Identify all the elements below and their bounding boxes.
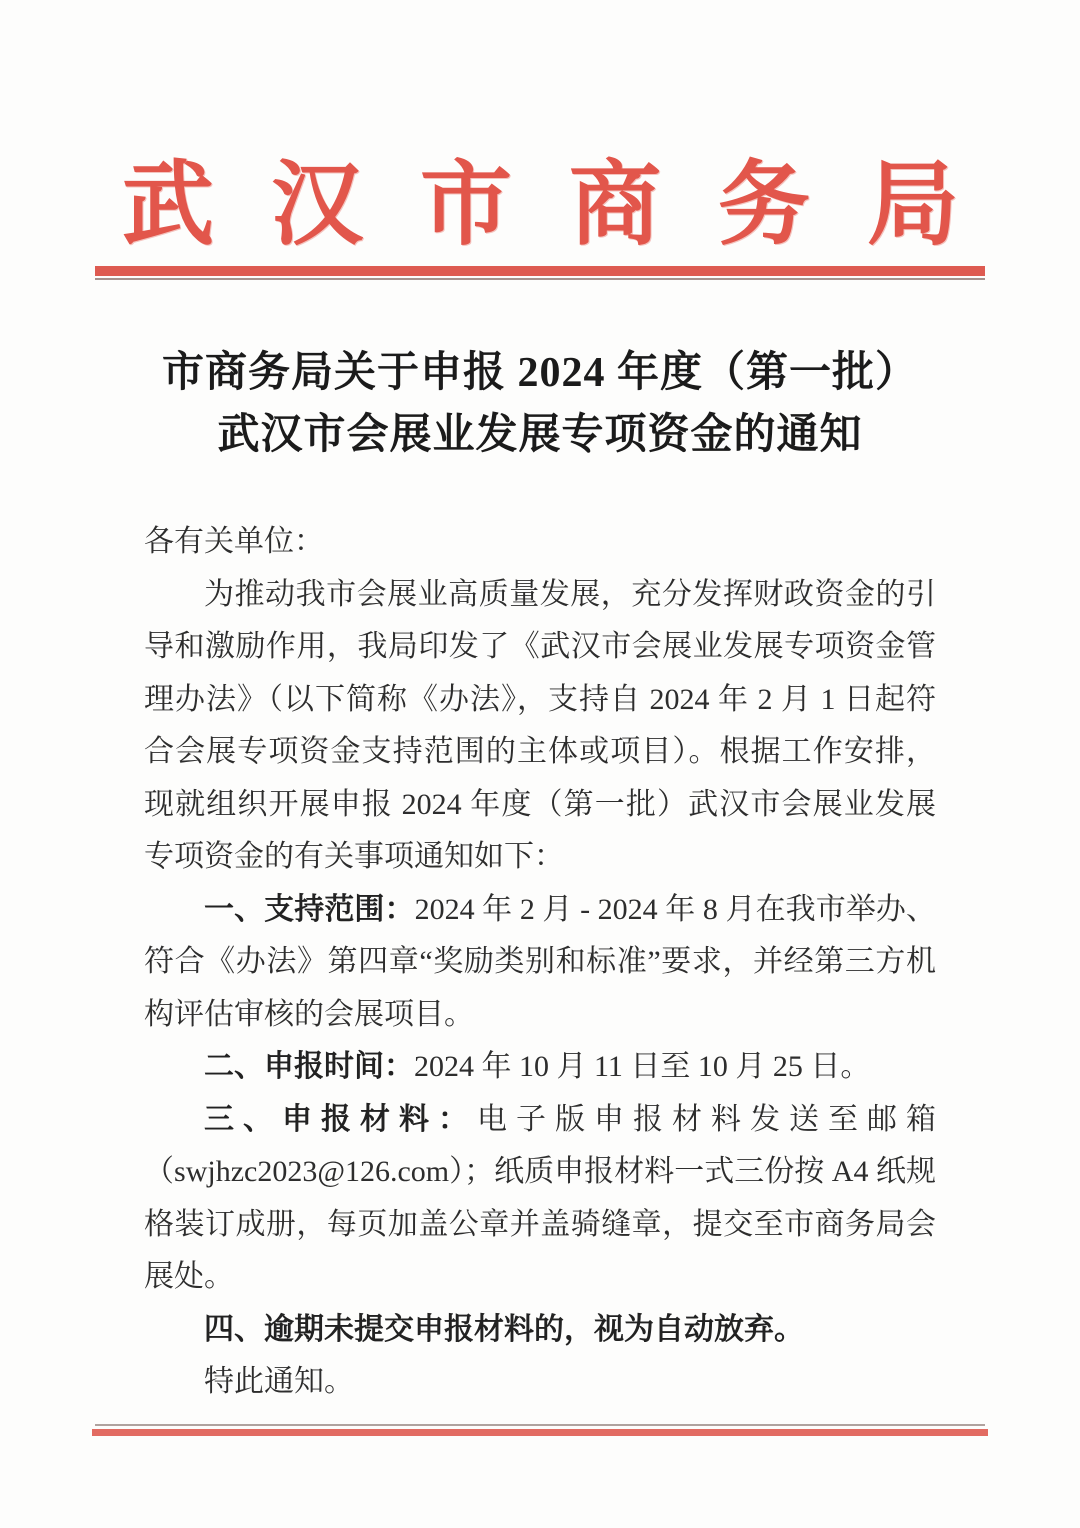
intro-paragraph: 为推动我市会展业高质量发展，充分发挥财政资金的引导和激励作用，我局印发了《武汉市… bbox=[144, 569, 936, 884]
notice-title: 市商务局关于申报 2024 年度（第一批） 武汉市会展业发展专项资金的通知 bbox=[0, 342, 1080, 466]
item-2-text: 2024 年 10 月 11 日至 10 月 25 日。 bbox=[414, 1050, 870, 1083]
item-2-label: 二、申报时间： bbox=[204, 1050, 414, 1083]
item-2-application-period: 二、申报时间：2024 年 10 月 11 日至 10 月 25 日。 bbox=[144, 1041, 936, 1094]
item-3-application-materials: 三、申报材料：电子版申报材料发送至邮箱（swjhzc2023@126.com）；… bbox=[144, 1094, 936, 1304]
footer-rule-thick bbox=[92, 1429, 988, 1436]
letterhead-rule-thick bbox=[95, 266, 985, 276]
footer-rule-thin bbox=[95, 1424, 985, 1426]
intro-text: 为推动我市会展业高质量发展，充分发挥财政资金的引导和激励作用，我局印发了《武汉市… bbox=[144, 578, 936, 874]
item-3-label: 三、申报材料： bbox=[204, 1103, 477, 1136]
document-page: 武汉市商务局 市商务局关于申报 2024 年度（第一批） 武汉市会展业发展专项资… bbox=[0, 0, 1080, 1528]
letterhead: 武汉市商务局 bbox=[0, 152, 1080, 280]
closing-line: 特此通知。 bbox=[144, 1356, 936, 1409]
letterhead-rule-thin bbox=[95, 278, 985, 280]
item-4-label: 四、逾期未提交申报材料的，视为自动放弃。 bbox=[204, 1313, 804, 1346]
item-4-deadline-warning: 四、逾期未提交申报材料的，视为自动放弃。 bbox=[144, 1304, 936, 1357]
salutation: 各有关单位： bbox=[144, 516, 936, 569]
item-1-label: 一、支持范围： bbox=[204, 893, 415, 926]
notice-title-line-2: 武汉市会展业发展专项资金的通知 bbox=[0, 404, 1080, 466]
notice-body: 各有关单位： 为推动我市会展业高质量发展，充分发挥财政资金的引导和激励作用，我局… bbox=[144, 516, 936, 1409]
agency-name: 武汉市商务局 bbox=[122, 152, 1080, 258]
notice-title-line-1: 市商务局关于申报 2024 年度（第一批） bbox=[0, 342, 1080, 404]
item-1-support-scope: 一、支持范围：2024 年 2 月 - 2024 年 8 月在我市举办、符合《办… bbox=[144, 884, 936, 1042]
